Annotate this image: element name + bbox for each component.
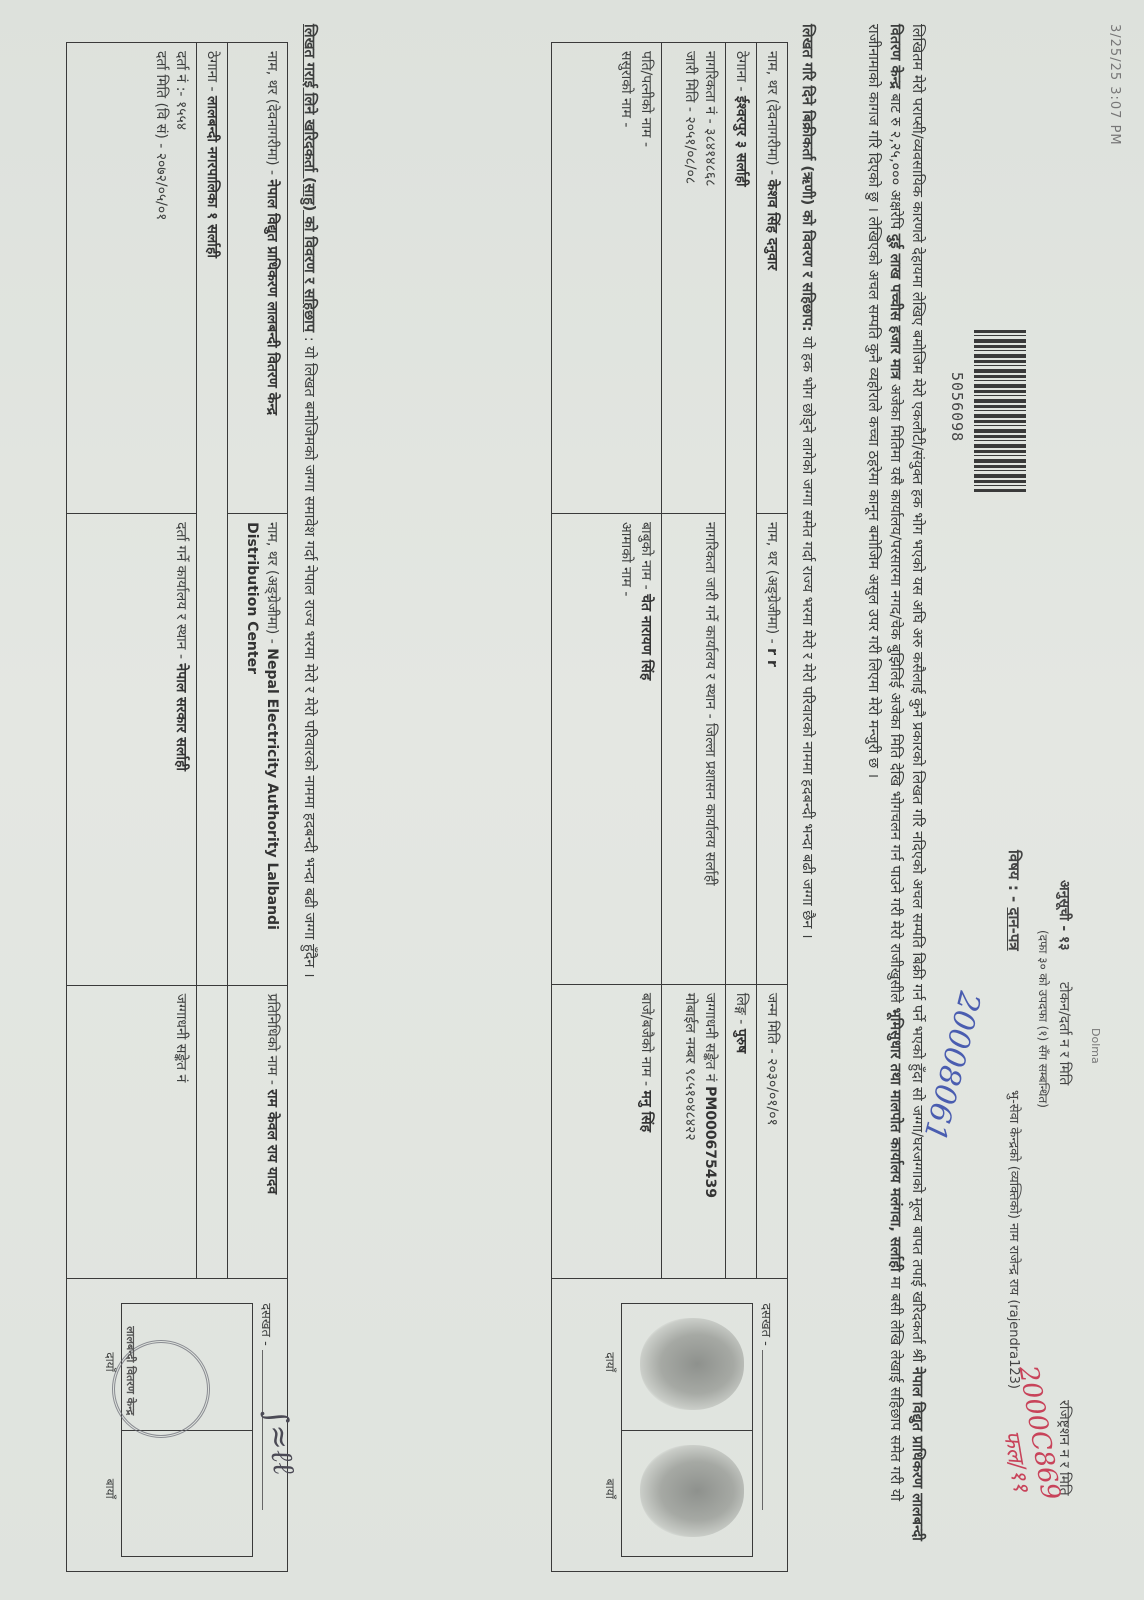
barcode-number: 5056098: [948, 372, 966, 442]
stamp-name: Dolma: [1089, 1028, 1102, 1064]
seller-signature-cell: दसखत - दायाँ बायाँ: [552, 1279, 788, 1572]
right-thumb: दायाँ: [622, 1304, 752, 1430]
buyer-thumb-box: दायाँ बायाँ लालबन्दी वितरण केन्द्र: [121, 1303, 253, 1557]
handwritten-signature: ∫≈ℓℓ: [265, 1408, 294, 1476]
thumbprint-icon: [640, 1318, 744, 1410]
barcode: [974, 330, 1026, 492]
body-paragraph: लिखितम मेरो पराप्सी/व्यवसायिक कारणले देह…: [862, 24, 928, 1564]
left-thumb: बायाँ: [622, 1430, 752, 1557]
scan-timestamp: 3/25/25 3:07 PM: [1107, 24, 1122, 146]
token-label: टोकन/दर्ता न र मिति: [1055, 982, 1074, 1085]
schedule-label: अनुसूची - १३: [1055, 880, 1074, 951]
subject-heading: विषय : - दान-पत्र: [1004, 850, 1024, 951]
thumbprint-icon: [640, 1445, 744, 1537]
table-row: नाम, थर (देवनागरीमा) - नेपाल विद्युत प्र…: [228, 43, 288, 1572]
buyer-section-title: लिखत गराई लिने खरिदकर्ता (साहु) को विवरण…: [300, 24, 320, 978]
left-thumb: बायाँ: [122, 1430, 252, 1557]
buyer-signature-cell: दसखत - दायाँ बायाँ लालबन्दी वितरण केन्द्…: [67, 1279, 288, 1572]
subject: दान-पत्र: [1005, 908, 1023, 951]
table-row: नाम, थर (देवनागरीमा) - केशव सिंह दनुवार …: [757, 43, 788, 1572]
buyer-table: नाम, थर (देवनागरीमा) - नेपाल विद्युत प्र…: [66, 42, 288, 1572]
service-center: भु-सेवा केन्द्रको (व्यक्तिको) नाम राजेन्…: [1006, 1090, 1024, 1389]
seller-section-title: लिखत गरि दिने बिक्रीकर्ता (ऋणी) को विवरण…: [798, 24, 818, 939]
seller-thumbprint-box: दायाँ बायाँ: [621, 1303, 753, 1557]
rule-reference: (दफा ३० को उपदफा (१) सँग सम्बन्धित): [1035, 930, 1052, 1108]
document-page: 3/25/25 3:07 PM 5056098 Dolma अनुसूची - …: [0, 0, 1144, 1600]
seller-table: नाम, थर (देवनागरीमा) - केशव सिंह दनुवार …: [551, 42, 788, 1572]
